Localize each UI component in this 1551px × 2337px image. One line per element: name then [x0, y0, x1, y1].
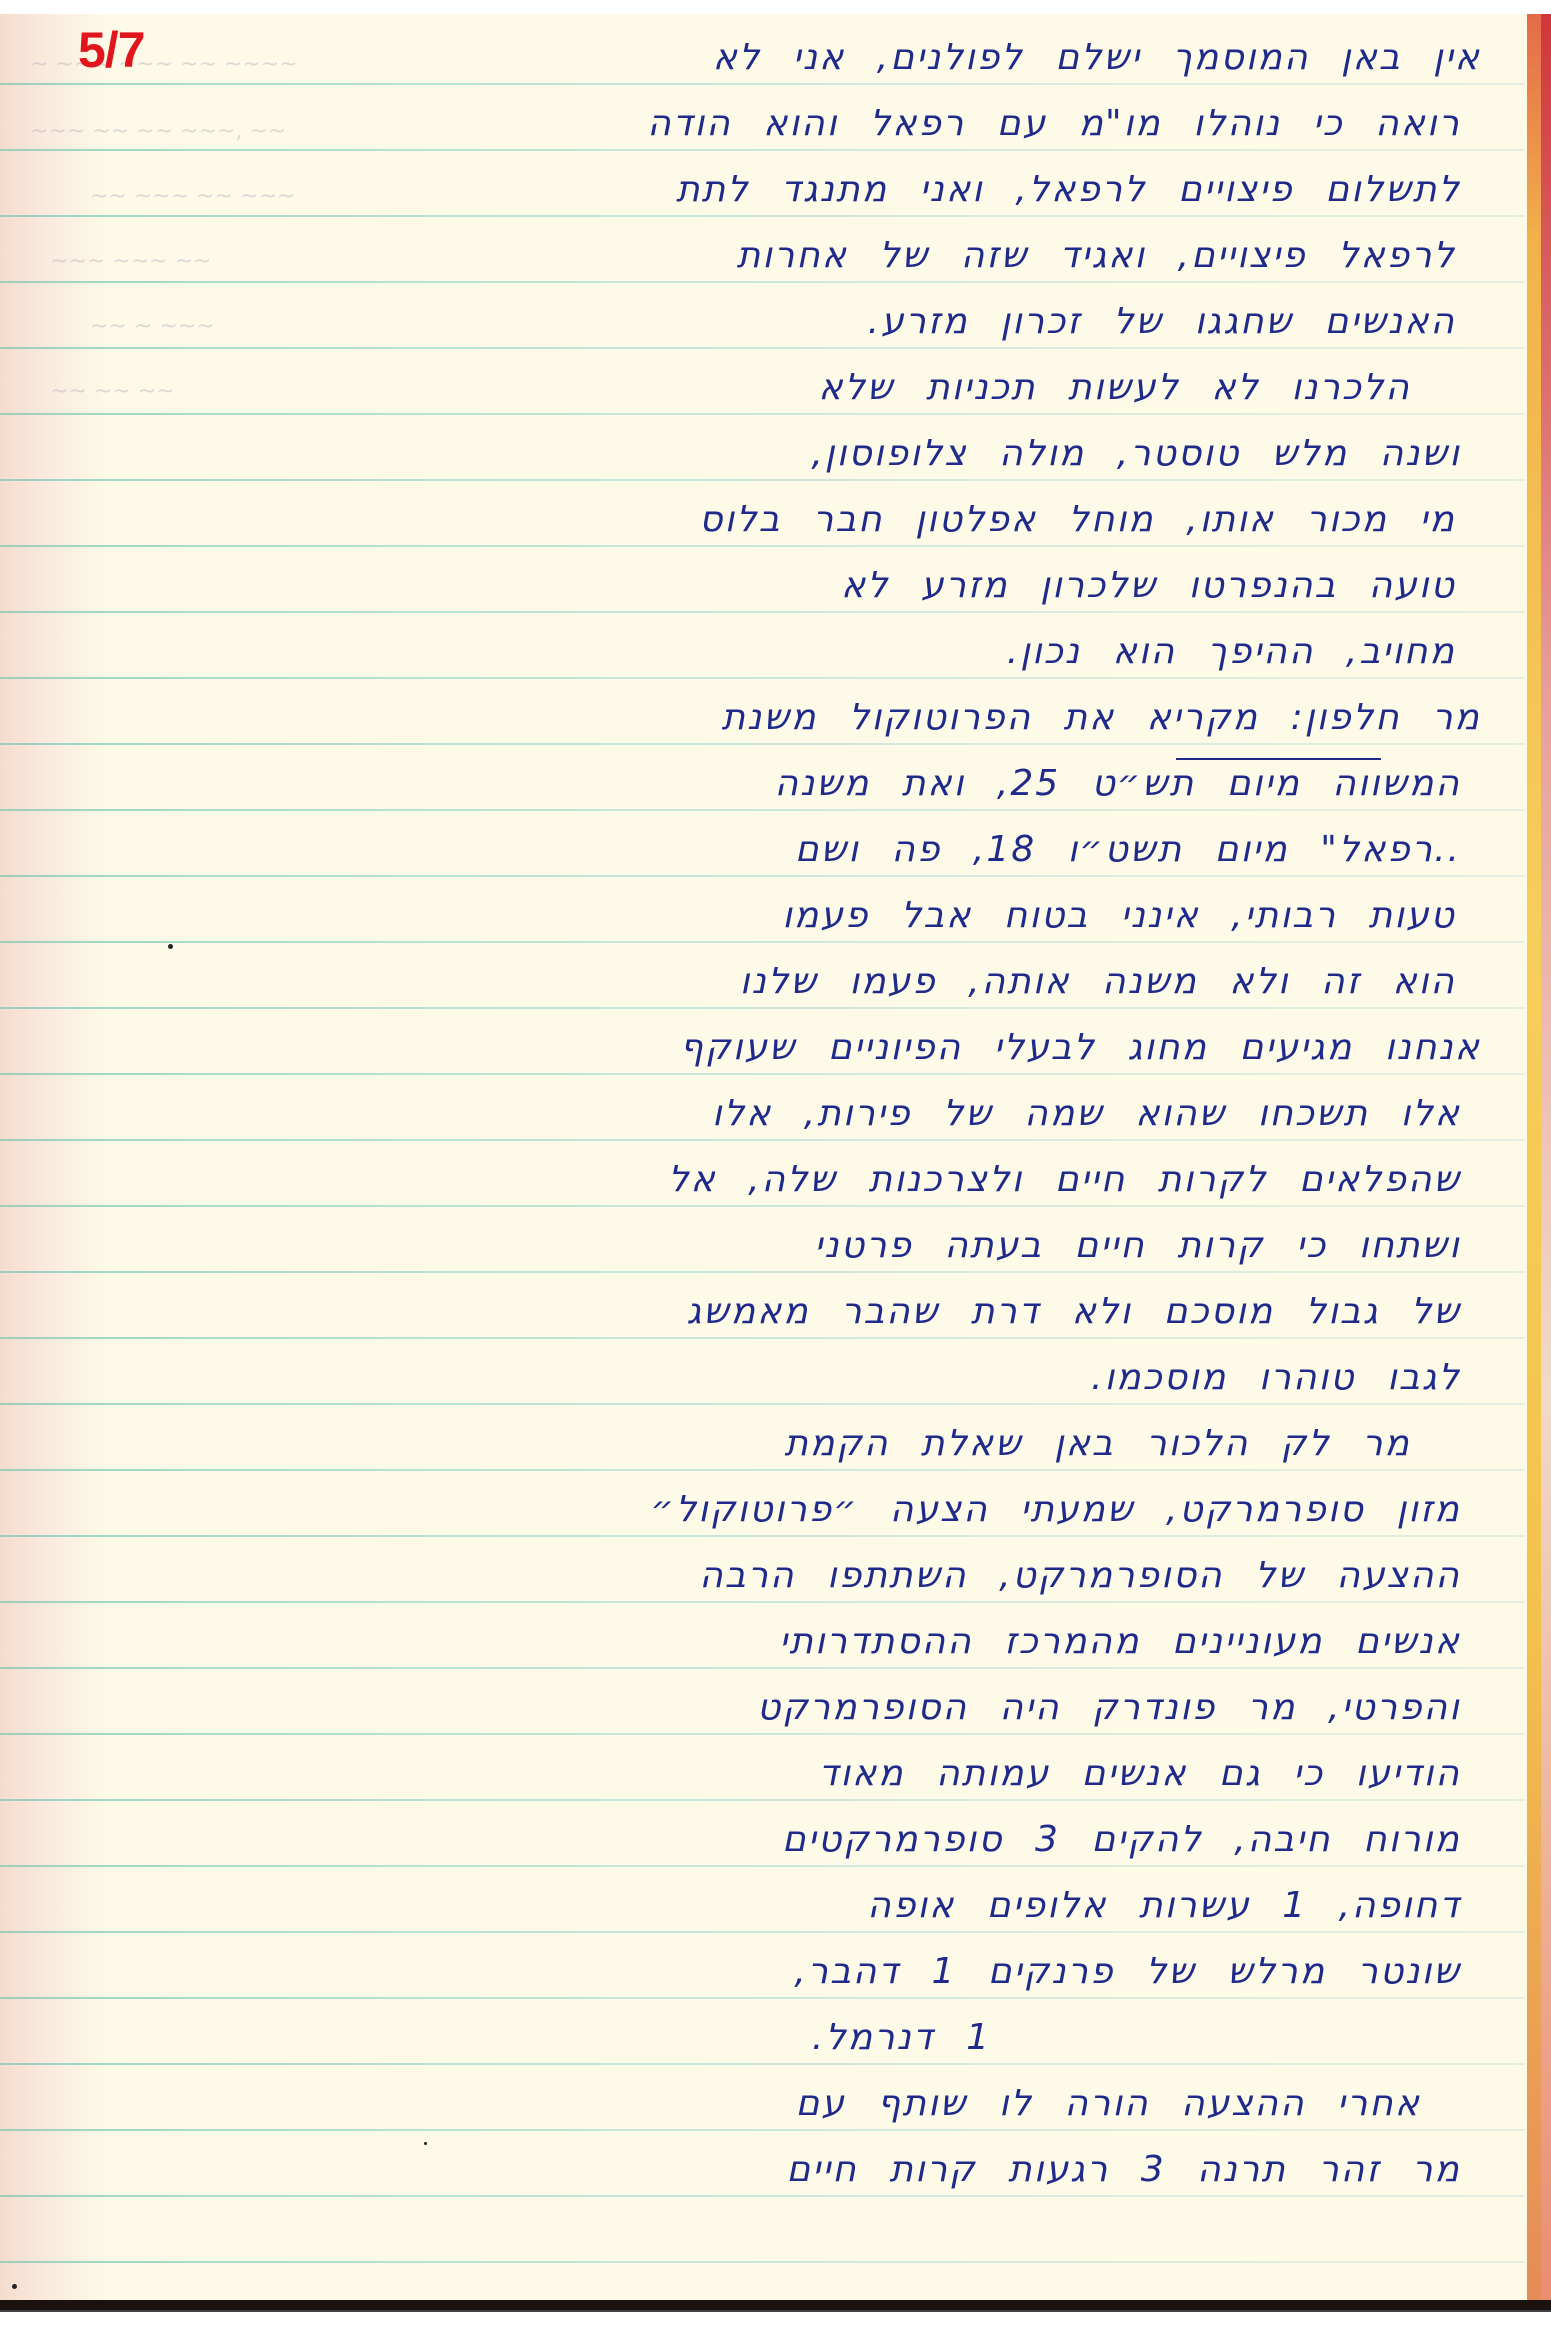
ruled-line — [0, 1799, 1525, 1801]
bleed-through-text: ~~ ~~~ ~~ ~~~ — [90, 184, 295, 209]
handwritten-line: אלו תשכחו שהוא שמה של פירות, אלו — [712, 1092, 1461, 1136]
handwritten-line: מר זהר תרנה 3 רגעות קרות חיים — [786, 2148, 1461, 2192]
handwritten-line: אנחנו מגיעים מחוג לבעלי הפיוניים שעוקף — [680, 1026, 1481, 1070]
handwritten-line: מי מכור אותו, מוחל אפלטון חבר בלוס — [699, 498, 1456, 542]
handwritten-line: טעות רבותי, אינני בטוח אבל פעמו — [782, 894, 1456, 938]
ruled-line — [0, 1601, 1525, 1603]
scan-top-margin — [0, 0, 1551, 14]
handwritten-line: אין באן המוסמך ישלם לפולנים, אני לא — [713, 36, 1481, 80]
handwritten-line: המשווה מיום תש״ט 25, ואת משנה — [775, 762, 1461, 806]
bleed-through-text: ~~~ ~~~ ~~ — [50, 249, 211, 274]
ruled-line — [0, 2261, 1525, 2263]
ruled-line — [0, 2129, 1525, 2131]
handwritten-line: ושתחו כי קרות חיים בעתה פרטני — [814, 1224, 1461, 1268]
notebook-page: ~ ~~~ ~~~ ~~ ~~~~ ~~~ ~~ ~~ ~~~, ~~ ~~ ~… — [0, 14, 1551, 2314]
handwritten-line: ההצעה של הסופרמרקט, השתתפו הרבה — [699, 1554, 1461, 1598]
handwritten-line: שונטר מרלש של פרנקים 1 דהבר, — [794, 1950, 1461, 1994]
handwritten-line: טועה בהנפרטו שלכרון מזרע לא — [841, 564, 1456, 608]
ruled-line — [0, 2063, 1525, 2065]
ink-speck — [424, 2142, 427, 2145]
ruled-line — [0, 809, 1525, 811]
handwritten-line: ושנה מלש טוסטר, מולה צלופוסון, — [811, 432, 1461, 476]
bleed-through-text: ~~ ~~ ~~ — [50, 379, 175, 404]
handwritten-line: אחרי ההצעה הורה לו שותף עם — [796, 2082, 1422, 2126]
handwritten-line: 1 דנרמל. — [812, 2016, 991, 2060]
ink-speck — [168, 944, 173, 949]
ruled-line — [0, 677, 1525, 679]
ruled-line — [0, 1403, 1525, 1405]
ruled-line — [0, 545, 1525, 547]
handwritten-line: לגבו טוהרו מוסכמו. — [1091, 1356, 1461, 1400]
handwritten-line: דחופה, 1 עשרות אלופים אופה — [867, 1884, 1461, 1928]
ruled-line — [0, 347, 1525, 349]
ruled-line — [0, 1931, 1525, 1933]
ruled-line — [0, 1337, 1525, 1339]
ruled-line — [0, 1535, 1525, 1537]
ruled-line — [0, 743, 1525, 745]
handwritten-line: האנשים שחגגו של זכרון מזרע. — [868, 300, 1456, 344]
handwritten-line: של גבול מוסכם ולא דרת שהבר מאמשג — [686, 1290, 1461, 1334]
handwritten-line: רואה כי נוהלו מו"מ עם רפאל והוא הודה — [647, 102, 1461, 146]
ruled-line — [0, 281, 1525, 283]
ruled-line — [0, 215, 1525, 217]
ruled-line — [0, 1073, 1525, 1075]
ruled-line — [0, 1865, 1525, 1867]
ruled-line — [0, 83, 1525, 85]
handwritten-line: לרפאל פיצויים, ואגיד שזה של אחרות — [737, 234, 1456, 278]
ink-speck — [12, 2284, 17, 2289]
page-number-marker: 5/7 — [78, 24, 145, 76]
heading-underline — [1176, 758, 1381, 760]
page-bottom-edge — [0, 2300, 1551, 2310]
ruled-line — [0, 149, 1525, 151]
ruled-line — [0, 1205, 1525, 1207]
bleed-through-text: ~ ~~~ ~~~ ~~ ~~~~ — [30, 52, 298, 77]
ruled-line — [0, 2195, 1525, 2197]
ruled-line — [0, 1271, 1525, 1273]
handwritten-line: מחויב, ההיפך הוא נכון. — [1007, 630, 1456, 674]
handwritten-line: והפרטי, מר פונדרק היה הסופרמרקט — [757, 1686, 1461, 1730]
handwritten-line: הודיעו כי גם אנשים עמותה מאוד — [819, 1752, 1461, 1796]
ruled-line — [0, 1139, 1525, 1141]
handwritten-line: מזון סופרמרקט, שמעתי הצעה ״פרוטוקול״ — [651, 1488, 1462, 1532]
handwritten-line: ..רפאל" מיום תשט״ו 18, פה ושם — [795, 828, 1461, 872]
ruled-line — [0, 1997, 1525, 1999]
handwritten-line: לתשלום פיצויים לרפאל, ואני מתנגד לתת — [676, 168, 1461, 212]
bleed-through-text: ~~~ ~~ ~~ ~~~, ~~ — [30, 119, 286, 144]
ruled-line — [0, 479, 1525, 481]
speaker-heading-line: מר חלפון: מקריא את הפרוטוקול משנת — [722, 696, 1481, 740]
ruled-line — [0, 1007, 1525, 1009]
handwritten-line: מורוח חיבה, להקים 3 סופרמרקטים — [782, 1818, 1461, 1862]
scan-bottom-margin — [0, 2310, 1551, 2337]
ruled-line — [0, 611, 1525, 613]
handwritten-line: מר לק הלכור באן שאלת הקמת — [784, 1422, 1411, 1466]
handwritten-line: אנשים מעוניינים מהמרכז ההסתדרותי — [779, 1620, 1461, 1664]
bleed-through-text: ~~ ~ ~~~ — [90, 314, 215, 339]
ruled-line — [0, 875, 1525, 877]
ruled-line — [0, 413, 1525, 415]
handwritten-line: שהפלאים לקרות חיים ולצרכנות שלה, אל — [668, 1158, 1461, 1202]
notebook-binding-edge — [1541, 14, 1551, 2314]
ruled-line — [0, 941, 1525, 943]
ruled-line — [0, 1733, 1525, 1735]
ruled-line — [0, 1469, 1525, 1471]
handwritten-line: הלכרנו לא לעשות תכניות שלא — [819, 366, 1412, 410]
handwritten-line: הוא זה ולא משנה אותה, פעמו שלנו — [740, 960, 1456, 1004]
notebook-binding-strip — [1527, 14, 1541, 2314]
ruled-line — [0, 1667, 1525, 1669]
